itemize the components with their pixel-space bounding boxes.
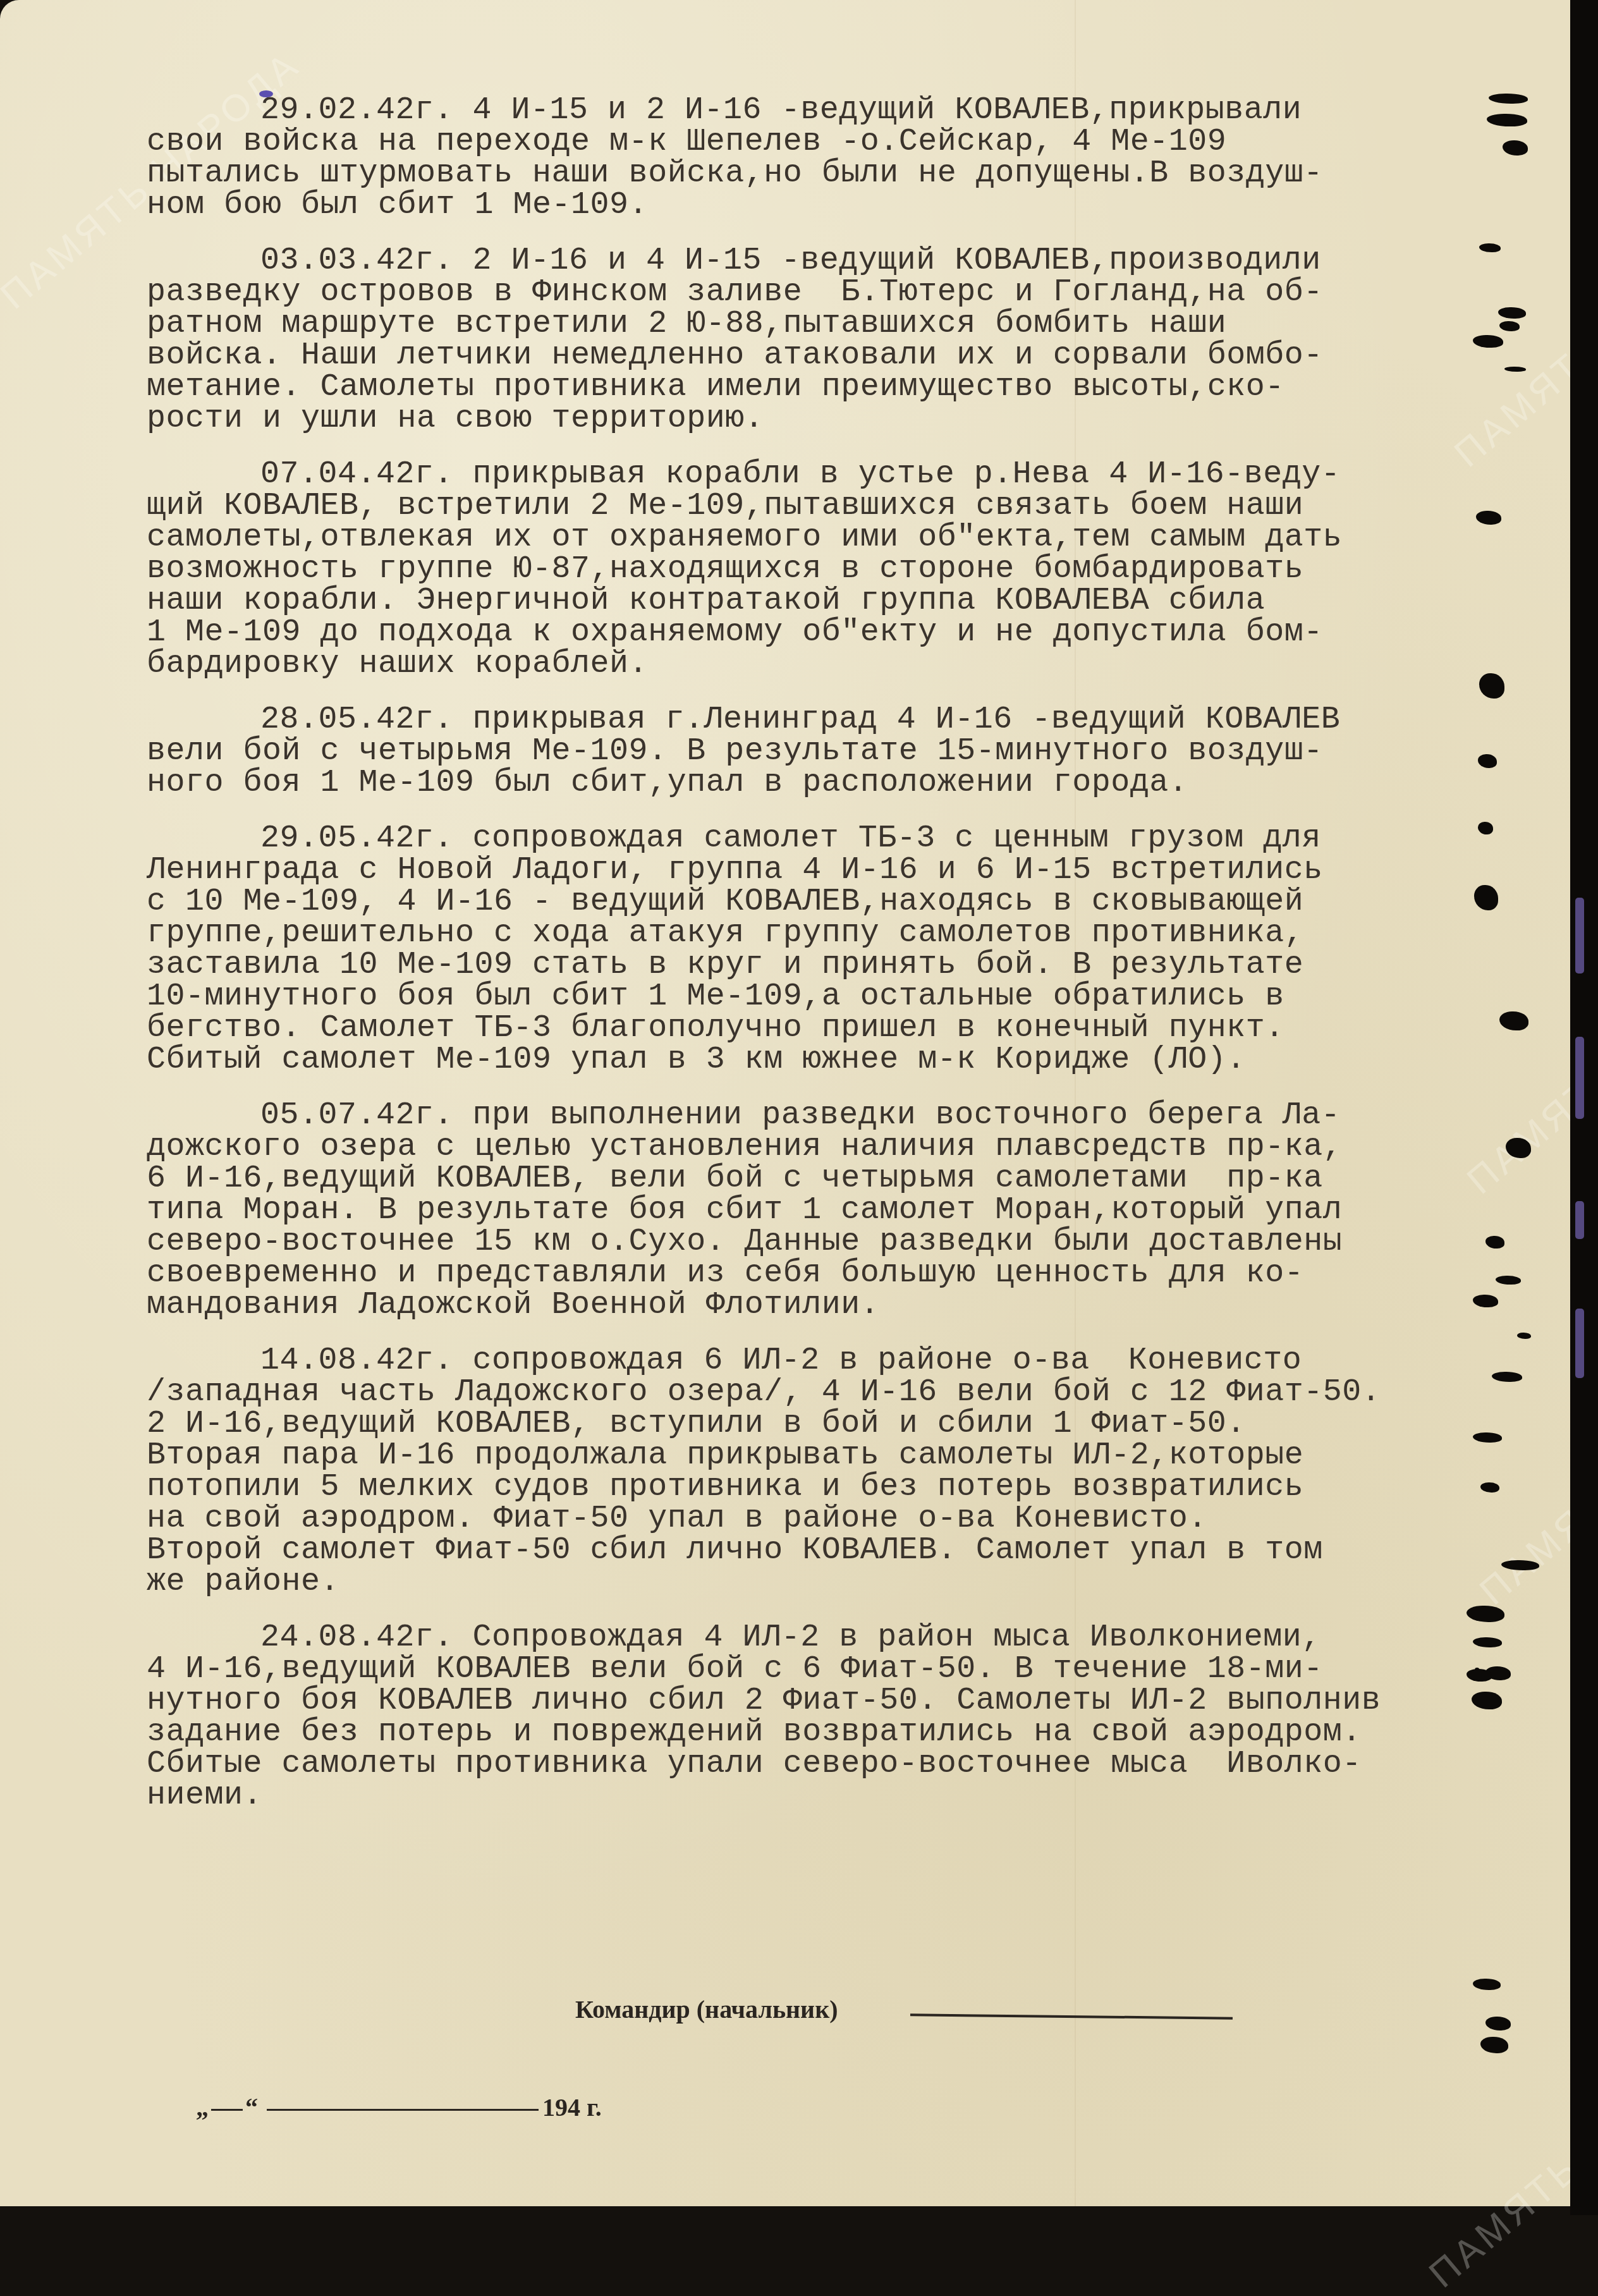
entry-line: щий КОВАЛЕВ, встретили 2 Ме-109,пытавших… xyxy=(147,491,1512,522)
binding-hole xyxy=(1480,2037,1508,2053)
close-quote: “ xyxy=(245,2093,258,2122)
entry-line: 1 Ме-109 до подхода к охраняемому об"ект… xyxy=(147,617,1512,649)
entry-line: возможность группе Ю-87,находящихся в ст… xyxy=(147,554,1512,585)
entry-line: ратном маршруте встретили 2 Ю-88,пытавши… xyxy=(147,308,1512,340)
entry-line: 29.05.42г. сопровождая самолет ТБ-3 с це… xyxy=(147,823,1512,855)
entry-line: ниеми. xyxy=(147,1780,1512,1812)
entry-line: /западная часть Ладожского озера/, 4 И-1… xyxy=(147,1377,1512,1408)
signature-line xyxy=(910,2013,1233,2019)
stamp-ink-edge xyxy=(1575,1037,1584,1119)
stamp-ink-edge xyxy=(1575,1309,1584,1378)
entry-line: ном бою был сбит 1 Ме-109. xyxy=(147,190,1512,221)
entry-line: ного боя 1 Ме-109 был сбит,упал в распол… xyxy=(147,767,1512,799)
combat-entry-1: 29.02.42г. 4 И-15 и 2 И-16 -ведущий КОВА… xyxy=(147,95,1512,221)
entry-line: Сбитые самолеты противника упали северо-… xyxy=(147,1749,1512,1780)
entry-line: 10-минутного боя был сбит 1 Ме-109,а ост… xyxy=(147,981,1512,1013)
binding-hole xyxy=(1517,1333,1531,1339)
entry-line: разведку островов в Финском заливе Б.Тют… xyxy=(147,277,1512,308)
combat-entry-4: 28.05.42г. прикрывая г.Ленинград 4 И-16 … xyxy=(147,704,1512,799)
entry-line: свои войска на переходе м-к Шепелев -о.С… xyxy=(147,126,1512,158)
entry-line: пытались штурмовать наши войска,но были … xyxy=(147,158,1512,190)
entry-line: 05.07.42г. при выполнении разведки восто… xyxy=(147,1100,1512,1132)
combat-entry-3: 07.04.42г. прикрывая корабли в устье р.Н… xyxy=(147,459,1512,680)
entry-line: дожского озера с целью установления нали… xyxy=(147,1132,1512,1163)
entry-line: нутного боя КОВАЛЕВ лично сбил 2 Фиат-50… xyxy=(147,1685,1512,1717)
entry-line: 2 И-16,ведущий КОВАЛЕВ, вступили в бой и… xyxy=(147,1408,1512,1440)
entry-line: типа Моран. В результате боя сбит 1 само… xyxy=(147,1195,1512,1226)
day-blank xyxy=(211,2109,243,2111)
entry-line: бардировку наших кораблей. xyxy=(147,649,1512,680)
award-text-body: 29.02.42г. 4 И-15 и 2 И-16 -ведущий КОВА… xyxy=(147,95,1512,1836)
commander-signature-label: Командир (начальник) xyxy=(575,1994,838,2024)
entry-line: Второй самолет Фиат-50 сбил лично КОВАЛЕ… xyxy=(147,1535,1512,1566)
combat-entry-5: 29.05.42г. сопровождая самолет ТБ-3 с це… xyxy=(147,823,1512,1076)
entry-line: 24.08.42г. Сопровождая 4 ИЛ-2 в район мы… xyxy=(147,1622,1512,1654)
entry-line: метание. Самолеты противника имели преим… xyxy=(147,372,1512,403)
open-quote: „ xyxy=(196,2092,209,2122)
combat-entry-7: 14.08.42г. сопровождая 6 ИЛ-2 в районе о… xyxy=(147,1345,1512,1598)
combat-entry-6: 05.07.42г. при выполнении разведки восто… xyxy=(147,1100,1512,1321)
combat-entry-2: 03.03.42г. 2 И-16 и 4 И-15 -ведущий КОВА… xyxy=(147,245,1512,435)
entry-line: Вторая пара И-16 продолжала прикрывать с… xyxy=(147,1440,1512,1472)
entry-line: бегство. Самолет ТБ-3 благополучно прише… xyxy=(147,1013,1512,1044)
entry-line: 28.05.42г. прикрывая г.Ленинград 4 И-16 … xyxy=(147,704,1512,736)
entry-line: самолеты,отвлекая их от охраняемого ими … xyxy=(147,522,1512,554)
scan-border xyxy=(1570,0,1598,2215)
entry-line: 07.04.42г. прикрывая корабли в устье р.Н… xyxy=(147,459,1512,491)
entry-line: мандования Ладожской Военной Флотилии. xyxy=(147,1290,1512,1321)
date-field: „“194 г. xyxy=(196,2092,602,2122)
combat-entry-8: 24.08.42г. Сопровождая 4 ИЛ-2 в район мы… xyxy=(147,1622,1512,1812)
entry-line: своевременно и представляли из себя боль… xyxy=(147,1258,1512,1290)
entry-line: же районе. xyxy=(147,1566,1512,1598)
binding-hole xyxy=(1473,1979,1501,1990)
entry-line: потопили 5 мелких судов противника и без… xyxy=(147,1472,1512,1503)
entry-line: рости и ушли на свою территорию. xyxy=(147,403,1512,435)
entry-line: вели бой с четырьмя Ме-109. В результате… xyxy=(147,736,1512,767)
document-page: ПАМЯТЬ НАРОДА ПАМЯТЬ НАРОДА ПАМЯТЬ НАРОД… xyxy=(0,0,1587,2206)
binding-hole xyxy=(1478,822,1493,834)
entry-line: на свой аэродром. Фиат-50 упал в районе … xyxy=(147,1503,1512,1535)
binding-hole xyxy=(1485,2017,1511,2030)
entry-line: наши корабли. Энергичной контратакой гру… xyxy=(147,585,1512,617)
entry-line: 14.08.42г. сопровождая 6 ИЛ-2 в районе о… xyxy=(147,1345,1512,1377)
entry-line: с 10 Ме-109, 4 И-16 - ведущий КОВАЛЕВ,на… xyxy=(147,886,1512,918)
entry-line: заставила 10 Ме-109 стать в круг и приня… xyxy=(147,950,1512,981)
entry-line: 29.02.42г. 4 И-15 и 2 И-16 -ведущий КОВА… xyxy=(147,95,1512,126)
entry-line: 6 И-16,ведущий КОВАЛЕВ, вели бой с четыр… xyxy=(147,1163,1512,1195)
entry-line: Ленинграда с Новой Ладоги, группа 4 И-16… xyxy=(147,855,1512,886)
entry-line: Сбитый самолет Ме-109 упал в 3 км южнее … xyxy=(147,1044,1512,1076)
stamp-ink-edge xyxy=(1575,1201,1584,1239)
entry-line: 03.03.42г. 2 И-16 и 4 И-15 -ведущий КОВА… xyxy=(147,245,1512,277)
year-label: 194 г. xyxy=(542,2093,602,2122)
entry-line: задание без потерь и повреждений возврат… xyxy=(147,1717,1512,1749)
month-blank xyxy=(267,2109,539,2111)
entry-line: 4 И-16,ведущий КОВАЛЕВ вели бой с 6 Фиат… xyxy=(147,1654,1512,1685)
entry-line: группе,решительно с хода атакуя группу с… xyxy=(147,918,1512,950)
entry-line: войска. Наши летчики немедленно атаковал… xyxy=(147,340,1512,372)
entry-line: северо-восточнее 15 км о.Сухо. Данные ра… xyxy=(147,1226,1512,1258)
stamp-ink-edge xyxy=(1575,898,1584,974)
